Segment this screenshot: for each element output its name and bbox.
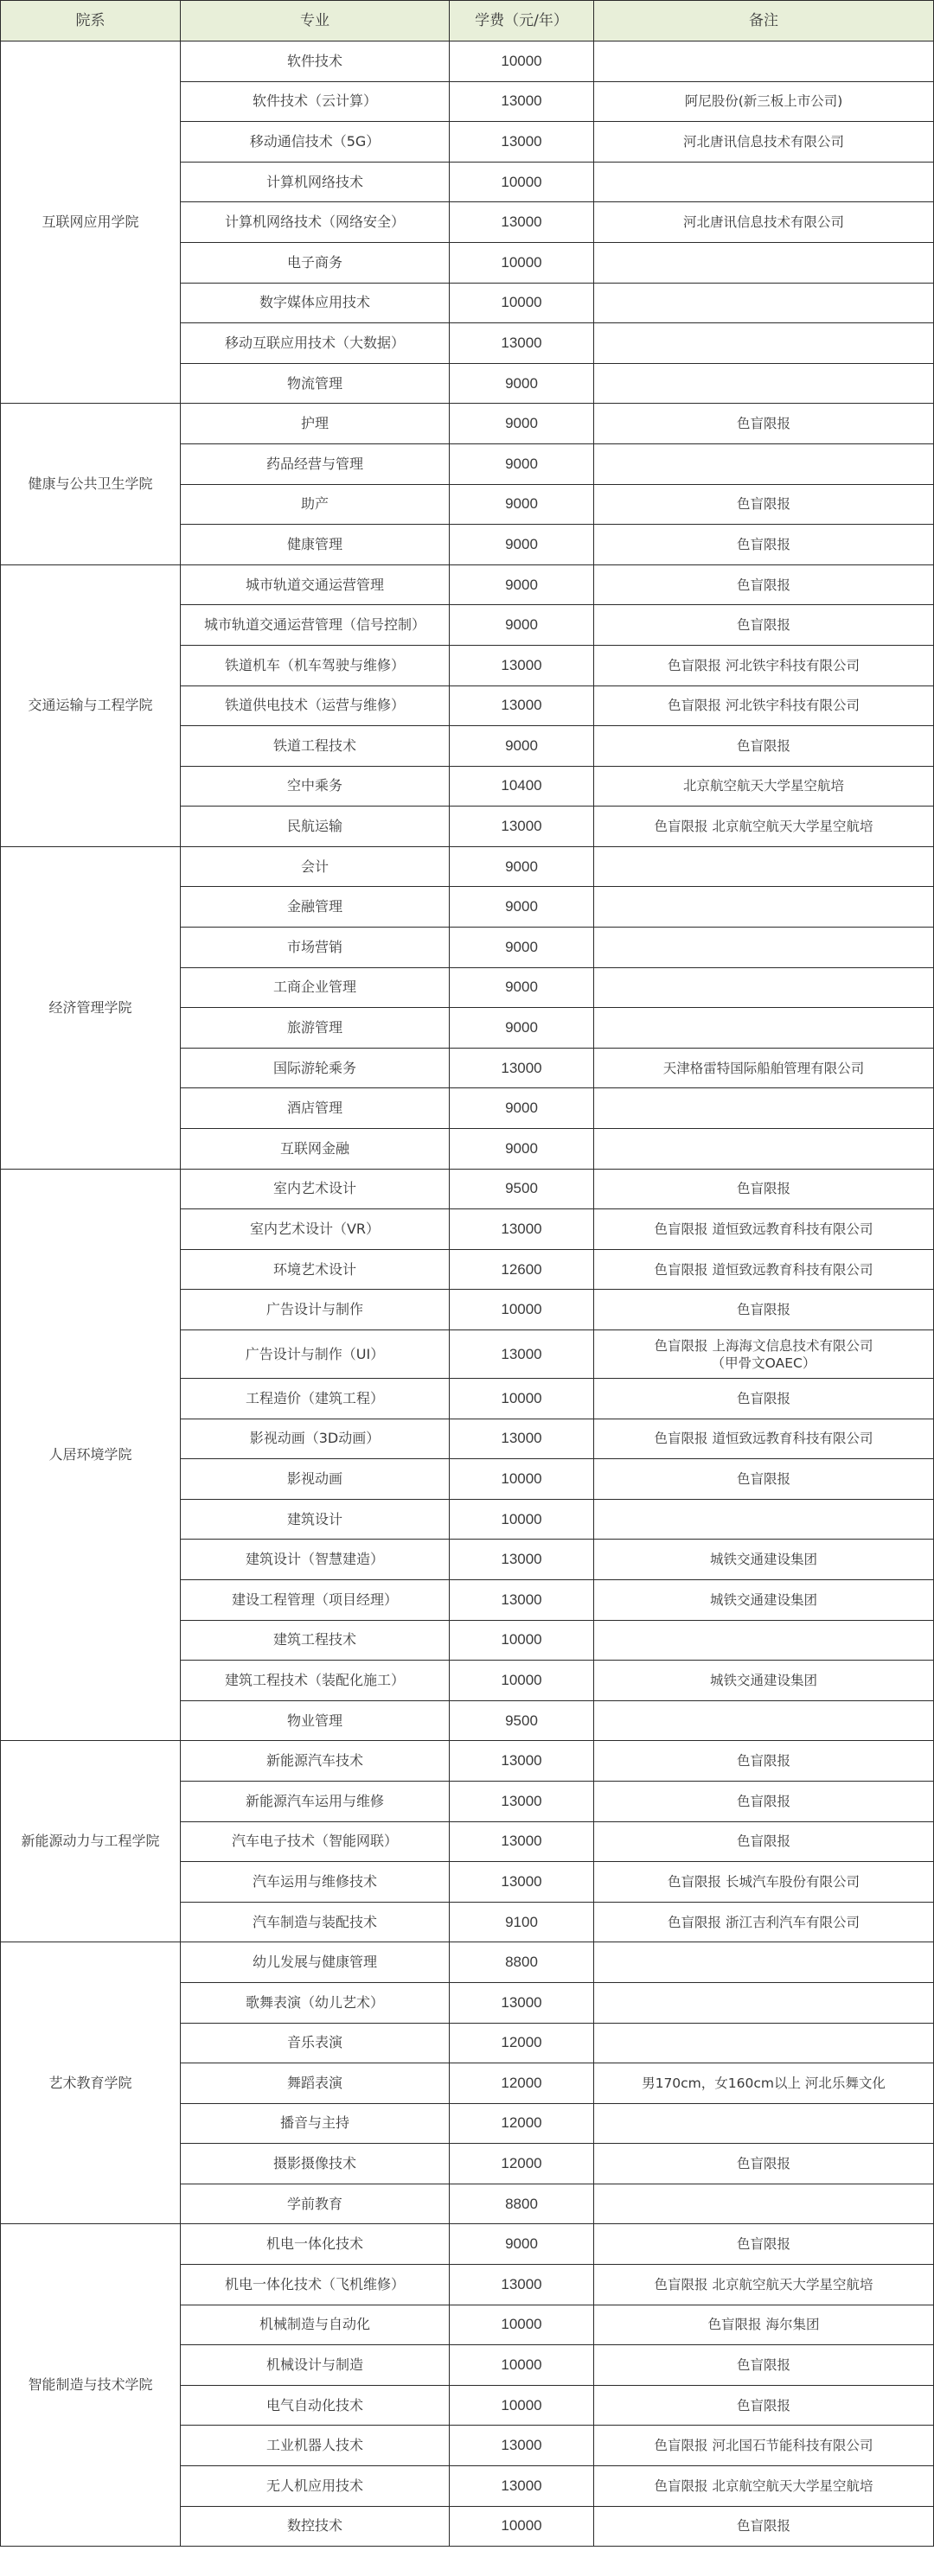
note-cell: 色盲限报 xyxy=(594,1781,934,1821)
note-text: 色盲限报 河北铁宇科技有限公司 xyxy=(668,658,860,673)
major-cell: 机械设计与制造 xyxy=(181,2345,450,2386)
note-cell: 河北唐讯信息技术有限公司 xyxy=(594,122,934,163)
fee-cell: 9100 xyxy=(450,1902,594,1942)
major-cell: 电子商务 xyxy=(181,242,450,283)
major-cell: 机械制造与自动化 xyxy=(181,2305,450,2345)
note-text: 城铁交通建设集团 xyxy=(710,1673,817,1688)
fee-cell: 13000 xyxy=(450,1209,594,1250)
note-cell: 色盲限报 河北铁宇科技有限公司 xyxy=(594,685,934,726)
note-cell: 色盲限报 道恒致远教育科技有限公司 xyxy=(594,1419,934,1459)
note-cell: 城铁交通建设集团 xyxy=(594,1540,934,1580)
fee-cell: 13000 xyxy=(450,1821,594,1862)
major-cell: 城市轨道交通运营管理（信号控制） xyxy=(181,605,450,646)
note-cell xyxy=(594,363,934,404)
note-cell: 色盲限报 xyxy=(594,525,934,565)
fee-cell: 9500 xyxy=(450,1700,594,1741)
fee-cell: 10000 xyxy=(450,1379,594,1419)
note-cell: 城铁交通建设集团 xyxy=(594,1579,934,1620)
table-row: 智能制造与技术学院机电一体化技术9000色盲限报 xyxy=(1,2224,934,2265)
fee-cell: 9000 xyxy=(450,887,594,928)
majors-tuition-table: 院系 专业 学费（元/年） 备注 互联网应用学院软件技术10000软件技术（云计… xyxy=(0,0,934,2547)
major-cell: 计算机网络技术 xyxy=(181,162,450,202)
note-cell: 色盲限报 xyxy=(594,1379,934,1419)
fee-cell: 13000 xyxy=(450,1982,594,2023)
table-row: 交通运输与工程学院城市轨道交通运营管理9000色盲限报 xyxy=(1,564,934,605)
major-cell: 旅游管理 xyxy=(181,1008,450,1049)
note-cell: 色盲限报 河北国石节能科技有限公司 xyxy=(594,2426,934,2466)
table-row: 健康与公共卫生学院护理9000色盲限报 xyxy=(1,404,934,444)
note-text: 河北唐讯信息技术有限公司 xyxy=(683,214,844,230)
fee-cell: 13000 xyxy=(450,1862,594,1903)
fee-cell: 13000 xyxy=(450,1330,594,1379)
note-text: 色盲限报 上海海文信息技术有限公司 xyxy=(655,1338,873,1354)
major-cell: 室内艺术设计 xyxy=(181,1169,450,1209)
note-text: 色盲限报 xyxy=(737,1833,790,1849)
note-cell: 色盲限报 xyxy=(594,1290,934,1330)
note-cell: 色盲限报 道恒致远教育科技有限公司 xyxy=(594,1209,934,1250)
header-note: 备注 xyxy=(594,1,934,41)
note-cell: 色盲限报 xyxy=(594,2385,934,2426)
table-row: 艺术教育学院幼儿发展与健康管理8800 xyxy=(1,1942,934,1983)
note-text: 河北唐讯信息技术有限公司 xyxy=(683,134,844,150)
department-cell: 新能源动力与工程学院 xyxy=(1,1741,181,1942)
fee-cell: 13000 xyxy=(450,81,594,122)
major-cell: 国际游轮乘务 xyxy=(181,1048,450,1088)
major-cell: 市场营销 xyxy=(181,928,450,968)
fee-cell: 12000 xyxy=(450,2023,594,2063)
note-text: 阿尼股份(新三板上市公司) xyxy=(685,93,843,109)
major-cell: 机电一体化技术 xyxy=(181,2224,450,2265)
note-text: 色盲限报 xyxy=(737,738,790,754)
note-cell xyxy=(594,1700,934,1741)
fee-cell: 9000 xyxy=(450,1008,594,1049)
note-text: 色盲限报 道恒致远教育科技有限公司 xyxy=(655,1431,873,1446)
note-cell: 色盲限报 上海海文信息技术有限公司（甲骨文OAEC） xyxy=(594,1330,934,1379)
table-body: 互联网应用学院软件技术10000软件技术（云计算）13000阿尼股份(新三板上市… xyxy=(1,41,934,2547)
fee-cell: 10000 xyxy=(450,1290,594,1330)
major-cell: 物流管理 xyxy=(181,363,450,404)
fee-cell: 13000 xyxy=(450,645,594,685)
major-cell: 软件技术（云计算） xyxy=(181,81,450,122)
major-cell: 数控技术 xyxy=(181,2506,450,2547)
note-cell xyxy=(594,323,934,364)
major-cell: 广告设计与制作（UI） xyxy=(181,1330,450,1379)
note-text: 色盲限报 xyxy=(737,1302,790,1317)
fee-cell: 10000 xyxy=(450,2345,594,2386)
fee-cell: 10000 xyxy=(450,162,594,202)
fee-cell: 9000 xyxy=(450,363,594,404)
note-cell: 北京航空航天大学星空航培 xyxy=(594,766,934,807)
major-cell: 舞蹈表演 xyxy=(181,2063,450,2104)
major-cell: 空中乘务 xyxy=(181,766,450,807)
note-text: 色盲限报 xyxy=(737,1391,790,1406)
note-cell: 色盲限报 河北铁宇科技有限公司 xyxy=(594,645,934,685)
note-text: 男170cm，女160cm以上 河北乐舞文化 xyxy=(642,2075,886,2091)
note-text-line2: （甲骨文OAEC） xyxy=(598,1355,930,1372)
fee-cell: 13000 xyxy=(450,2265,594,2305)
fee-cell: 9000 xyxy=(450,928,594,968)
note-cell xyxy=(594,1499,934,1540)
fee-cell: 9000 xyxy=(450,564,594,605)
fee-cell: 10000 xyxy=(450,1459,594,1500)
major-cell: 会计 xyxy=(181,846,450,887)
major-cell: 新能源汽车技术 xyxy=(181,1741,450,1782)
note-cell: 色盲限报 xyxy=(594,2144,934,2184)
note-cell: 天津格雷特国际船舶管理有限公司 xyxy=(594,1048,934,1088)
fee-cell: 13000 xyxy=(450,1419,594,1459)
fee-cell: 12000 xyxy=(450,2063,594,2104)
major-cell: 建筑工程技术 xyxy=(181,1620,450,1661)
note-text: 色盲限报 北京航空航天大学星空航培 xyxy=(655,2478,873,2494)
note-text: 色盲限报 xyxy=(737,2398,790,2413)
fee-cell: 9000 xyxy=(450,846,594,887)
note-text: 色盲限报 xyxy=(737,1753,790,1769)
major-cell: 幼儿发展与健康管理 xyxy=(181,1942,450,1983)
fee-cell: 9000 xyxy=(450,404,594,444)
note-cell xyxy=(594,443,934,484)
major-cell: 建筑设计（智慧建造） xyxy=(181,1540,450,1580)
table-row: 经济管理学院会计9000 xyxy=(1,846,934,887)
fee-cell: 9000 xyxy=(450,967,594,1008)
note-cell: 色盲限报 xyxy=(594,726,934,767)
department-cell: 互联网应用学院 xyxy=(1,41,181,404)
note-cell: 阿尼股份(新三板上市公司) xyxy=(594,81,934,122)
note-text: 色盲限报 xyxy=(737,2357,790,2373)
note-text: 色盲限报 xyxy=(737,577,790,593)
fee-cell: 10000 xyxy=(450,2506,594,2547)
note-text: 色盲限报 北京航空航天大学星空航培 xyxy=(655,819,873,834)
note-cell xyxy=(594,283,934,323)
department-cell: 交通运输与工程学院 xyxy=(1,564,181,846)
note-cell xyxy=(594,2103,934,2144)
note-cell xyxy=(594,846,934,887)
department-cell: 健康与公共卫生学院 xyxy=(1,404,181,564)
fee-cell: 10000 xyxy=(450,41,594,82)
note-text: 色盲限报 河北铁宇科技有限公司 xyxy=(668,698,860,713)
fee-cell: 12000 xyxy=(450,2144,594,2184)
major-cell: 汽车运用与维修技术 xyxy=(181,1862,450,1903)
major-cell: 音乐表演 xyxy=(181,2023,450,2063)
major-cell: 建设工程管理（项目经理） xyxy=(181,1579,450,1620)
major-cell: 环境艺术设计 xyxy=(181,1249,450,1290)
note-text: 色盲限报 xyxy=(737,537,790,552)
note-text: 北京航空航天大学星空航培 xyxy=(683,778,844,794)
fee-cell: 10000 xyxy=(450,2305,594,2345)
major-cell: 学前教育 xyxy=(181,2184,450,2224)
major-cell: 影视动画 xyxy=(181,1459,450,1500)
major-cell: 工商企业管理 xyxy=(181,967,450,1008)
note-text: 天津格雷特国际船舶管理有限公司 xyxy=(663,1061,865,1076)
note-text: 色盲限报 北京航空航天大学星空航培 xyxy=(655,2277,873,2292)
note-cell: 色盲限报 道恒致远教育科技有限公司 xyxy=(594,1249,934,1290)
fee-cell: 8800 xyxy=(450,1942,594,1983)
header-row: 院系 专业 学费（元/年） 备注 xyxy=(1,1,934,41)
fee-cell: 13000 xyxy=(450,2426,594,2466)
fee-cell: 9000 xyxy=(450,2224,594,2265)
major-cell: 铁道机车（机车驾驶与维修） xyxy=(181,645,450,685)
table-row: 新能源动力与工程学院新能源汽车技术13000色盲限报 xyxy=(1,1741,934,1782)
department-cell: 人居环境学院 xyxy=(1,1169,181,1741)
major-cell: 酒店管理 xyxy=(181,1088,450,1129)
note-cell: 男170cm，女160cm以上 河北乐舞文化 xyxy=(594,2063,934,2104)
fee-cell: 9000 xyxy=(450,525,594,565)
major-cell: 影视动画（3D动画） xyxy=(181,1419,450,1459)
note-text: 色盲限报 xyxy=(737,1181,790,1196)
department-cell: 智能制造与技术学院 xyxy=(1,2224,181,2547)
note-text: 色盲限报 xyxy=(737,496,790,512)
note-cell: 色盲限报 xyxy=(594,1741,934,1782)
major-cell: 物业管理 xyxy=(181,1700,450,1741)
major-cell: 室内艺术设计（VR） xyxy=(181,1209,450,1250)
department-cell: 经济管理学院 xyxy=(1,846,181,1169)
note-text: 色盲限报 浙江吉利汽车有限公司 xyxy=(668,1915,860,1930)
note-cell: 色盲限报 xyxy=(594,605,934,646)
major-cell: 民航运输 xyxy=(181,807,450,847)
note-cell: 色盲限报 xyxy=(594,404,934,444)
note-text: 色盲限报 xyxy=(737,416,790,431)
major-cell: 助产 xyxy=(181,484,450,525)
fee-cell: 10000 xyxy=(450,1620,594,1661)
note-cell: 河北唐讯信息技术有限公司 xyxy=(594,202,934,243)
major-cell: 汽车制造与装配技术 xyxy=(181,1902,450,1942)
note-cell xyxy=(594,2184,934,2224)
fee-cell: 9500 xyxy=(450,1169,594,1209)
major-cell: 软件技术 xyxy=(181,41,450,82)
major-cell: 互联网金融 xyxy=(181,1129,450,1170)
major-cell: 计算机网络技术（网络安全） xyxy=(181,202,450,243)
fee-cell: 8800 xyxy=(450,2184,594,2224)
note-text: 色盲限报 xyxy=(737,2236,790,2252)
note-text: 城铁交通建设集团 xyxy=(710,1552,817,1567)
major-cell: 歌舞表演（幼儿艺术） xyxy=(181,1982,450,2023)
major-cell: 建筑设计 xyxy=(181,1499,450,1540)
major-cell: 护理 xyxy=(181,404,450,444)
header-department: 院系 xyxy=(1,1,181,41)
note-text: 色盲限报 xyxy=(737,1794,790,1809)
note-text: 色盲限报 河北国石节能科技有限公司 xyxy=(655,2438,873,2453)
fee-cell: 13000 xyxy=(450,807,594,847)
fee-cell: 10000 xyxy=(450,2385,594,2426)
fee-cell: 9000 xyxy=(450,1088,594,1129)
note-text: 色盲限报 道恒致远教育科技有限公司 xyxy=(655,1221,873,1237)
note-text: 色盲限报 海尔集团 xyxy=(708,2317,820,2332)
major-cell: 铁道工程技术 xyxy=(181,726,450,767)
note-text: 色盲限报 xyxy=(737,2518,790,2534)
note-cell xyxy=(594,162,934,202)
major-cell: 数字媒体应用技术 xyxy=(181,283,450,323)
note-cell: 色盲限报 北京航空航天大学星空航培 xyxy=(594,2265,934,2305)
fee-cell: 12000 xyxy=(450,2103,594,2144)
note-text: 城铁交通建设集团 xyxy=(710,1592,817,1608)
major-cell: 建筑工程技术（装配化施工） xyxy=(181,1661,450,1701)
note-cell xyxy=(594,1088,934,1129)
note-cell: 城铁交通建设集团 xyxy=(594,1661,934,1701)
fee-cell: 13000 xyxy=(450,1741,594,1782)
fee-cell: 13000 xyxy=(450,2466,594,2507)
table-row: 互联网应用学院软件技术10000 xyxy=(1,41,934,82)
table-row: 人居环境学院室内艺术设计9500色盲限报 xyxy=(1,1169,934,1209)
note-cell xyxy=(594,1942,934,1983)
fee-cell: 13000 xyxy=(450,202,594,243)
major-cell: 药品经营与管理 xyxy=(181,443,450,484)
header-major: 专业 xyxy=(181,1,450,41)
note-cell xyxy=(594,1129,934,1170)
major-cell: 金融管理 xyxy=(181,887,450,928)
note-text: 色盲限报 道恒致远教育科技有限公司 xyxy=(655,1262,873,1278)
major-cell: 播音与主持 xyxy=(181,2103,450,2144)
fee-cell: 13000 xyxy=(450,1781,594,1821)
major-cell: 移动互联应用技术（大数据） xyxy=(181,323,450,364)
major-cell: 摄影摄像技术 xyxy=(181,2144,450,2184)
fee-cell: 10000 xyxy=(450,1499,594,1540)
department-cell: 艺术教育学院 xyxy=(1,1942,181,2224)
major-cell: 工业机器人技术 xyxy=(181,2426,450,2466)
note-cell: 色盲限报 xyxy=(594,1169,934,1209)
note-cell xyxy=(594,242,934,283)
fee-cell: 13000 xyxy=(450,1579,594,1620)
fee-cell: 9000 xyxy=(450,1129,594,1170)
note-cell: 色盲限报 xyxy=(594,2345,934,2386)
note-cell xyxy=(594,41,934,82)
header-fee: 学费（元/年） xyxy=(450,1,594,41)
fee-cell: 10000 xyxy=(450,242,594,283)
note-cell: 色盲限报 xyxy=(594,1821,934,1862)
fee-cell: 13000 xyxy=(450,122,594,163)
note-cell: 色盲限报 xyxy=(594,564,934,605)
fee-cell: 9000 xyxy=(450,443,594,484)
note-cell: 色盲限报 xyxy=(594,2224,934,2265)
fee-cell: 13000 xyxy=(450,1048,594,1088)
note-text: 色盲限报 xyxy=(737,1471,790,1487)
note-cell: 色盲限报 北京航空航天大学星空航培 xyxy=(594,2466,934,2507)
tuition-table-container: 院系 专业 学费（元/年） 备注 互联网应用学院软件技术10000软件技术（云计… xyxy=(0,0,933,2547)
note-text: 色盲限报 xyxy=(737,617,790,633)
note-cell: 色盲限报 xyxy=(594,2506,934,2547)
note-cell: 色盲限报 长城汽车股份有限公司 xyxy=(594,1862,934,1903)
note-cell: 色盲限报 海尔集团 xyxy=(594,2305,934,2345)
note-text: 色盲限报 xyxy=(737,2156,790,2171)
note-cell xyxy=(594,887,934,928)
note-text: 色盲限报 长城汽车股份有限公司 xyxy=(668,1874,860,1890)
fee-cell: 9000 xyxy=(450,484,594,525)
major-cell: 无人机应用技术 xyxy=(181,2466,450,2507)
fee-cell: 13000 xyxy=(450,323,594,364)
major-cell: 移动通信技术（5G） xyxy=(181,122,450,163)
major-cell: 电气自动化技术 xyxy=(181,2385,450,2426)
table-header: 院系 专业 学费（元/年） 备注 xyxy=(1,1,934,41)
major-cell: 铁道供电技术（运营与维修） xyxy=(181,685,450,726)
note-cell xyxy=(594,928,934,968)
fee-cell: 10000 xyxy=(450,283,594,323)
note-cell xyxy=(594,967,934,1008)
fee-cell: 13000 xyxy=(450,1540,594,1580)
note-cell: 色盲限报 北京航空航天大学星空航培 xyxy=(594,807,934,847)
major-cell: 健康管理 xyxy=(181,525,450,565)
major-cell: 机电一体化技术（飞机维修） xyxy=(181,2265,450,2305)
fee-cell: 9000 xyxy=(450,726,594,767)
note-cell xyxy=(594,1008,934,1049)
note-cell xyxy=(594,1620,934,1661)
fee-cell: 12600 xyxy=(450,1249,594,1290)
note-cell: 色盲限报 xyxy=(594,1459,934,1500)
major-cell: 广告设计与制作 xyxy=(181,1290,450,1330)
major-cell: 新能源汽车运用与维修 xyxy=(181,1781,450,1821)
note-cell xyxy=(594,1982,934,2023)
major-cell: 工程造价（建筑工程） xyxy=(181,1379,450,1419)
note-cell: 色盲限报 浙江吉利汽车有限公司 xyxy=(594,1902,934,1942)
fee-cell: 9000 xyxy=(450,605,594,646)
note-cell xyxy=(594,2023,934,2063)
major-cell: 城市轨道交通运营管理 xyxy=(181,564,450,605)
major-cell: 汽车电子技术（智能网联） xyxy=(181,1821,450,1862)
fee-cell: 13000 xyxy=(450,685,594,726)
note-cell: 色盲限报 xyxy=(594,484,934,525)
fee-cell: 10400 xyxy=(450,766,594,807)
fee-cell: 10000 xyxy=(450,1661,594,1701)
